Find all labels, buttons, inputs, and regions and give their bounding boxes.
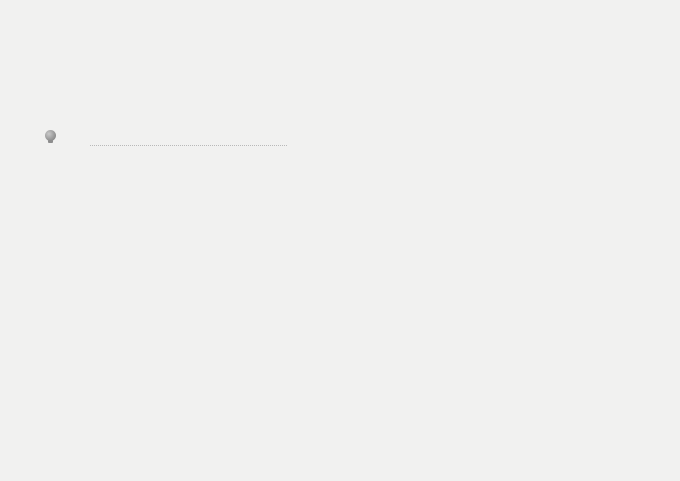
field-era[interactable] [45,126,64,146]
answer-line-era[interactable] [90,145,287,146]
globe-icon [45,130,56,143]
question-1 [38,70,308,86]
left-page [0,0,340,481]
